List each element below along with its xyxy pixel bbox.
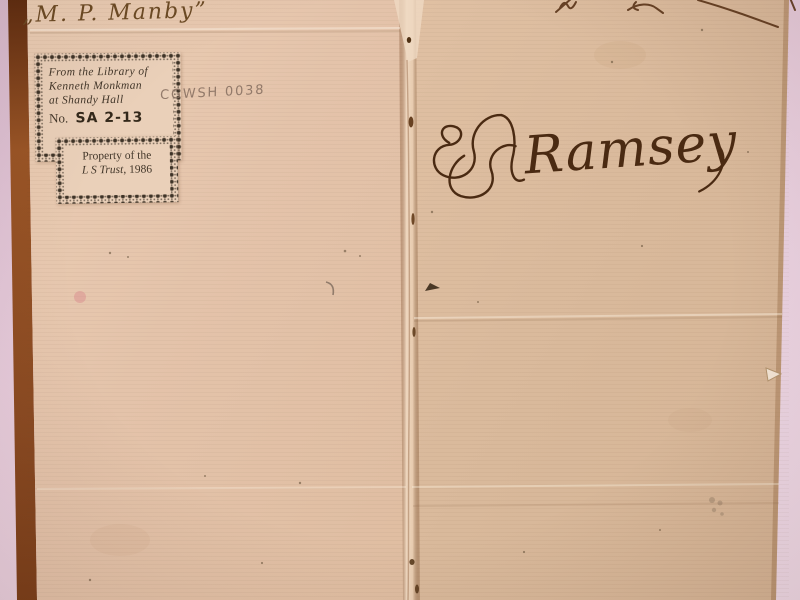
- shelfmark-value: SA 2-13: [75, 110, 143, 127]
- trust-plate-line1: Property of the: [70, 148, 164, 163]
- bookplate-line: at Shandy Hall: [49, 92, 167, 107]
- bookplate-line: Kenneth Monkman: [49, 78, 167, 93]
- bookplate-trust: Property of the L S Trust, 1986: [56, 136, 179, 204]
- book-photo: „M. P. Manby” From the Library of Kennet…: [0, 0, 800, 600]
- trust-year: , 1986: [123, 164, 152, 176]
- trust-plate-line2: L S Trust, 1986: [70, 162, 164, 177]
- red-smudge: [74, 291, 86, 303]
- shelfmark-label: No.: [49, 110, 68, 125]
- bookplate-line: From the Library of: [49, 64, 167, 79]
- shelfmark-row: No. SA 2-13: [49, 109, 167, 126]
- cropped-top-inscription: [540, 0, 800, 32]
- signature-ramsey: Ramsey: [420, 95, 760, 205]
- bookplate-trust-inner: Property of the L S Trust, 1986: [64, 144, 171, 195]
- trust-name: L S Trust: [82, 164, 124, 177]
- signature-text: Ramsey: [521, 112, 739, 187]
- signature-flourish: [431, 114, 525, 200]
